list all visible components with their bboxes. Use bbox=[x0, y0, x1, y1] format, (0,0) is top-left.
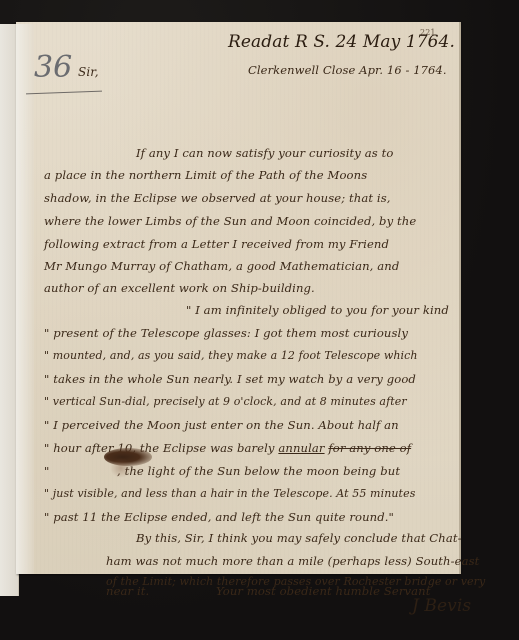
quote-line: " mounted, and, as you said, they make a… bbox=[44, 349, 418, 362]
letter-line: following extract from a Letter I receiv… bbox=[44, 237, 389, 251]
binding-strip bbox=[16, 24, 34, 574]
quote-line: " hour after 10, the Eclipse was barely … bbox=[44, 441, 411, 455]
struck-text: for any one of bbox=[328, 441, 411, 455]
received-note: Readat R S. 24 May 1764. bbox=[228, 32, 455, 52]
signature: J Bevis bbox=[412, 596, 471, 616]
quote-line: " , the light of the Sun below the moon … bbox=[44, 464, 400, 478]
quote-line: " past 11 the Eclipse ended, and left th… bbox=[44, 510, 394, 524]
letter-line: where the lower Limbs of the Sun and Moo… bbox=[44, 214, 416, 228]
letter-line: ham was not much more than a mile (perha… bbox=[106, 554, 479, 568]
page-right-edge bbox=[459, 22, 461, 574]
letter-line: If any I can now satisfy your curiosity … bbox=[136, 146, 393, 160]
quote-line-text: " hour after 10, the Eclipse was barely bbox=[44, 441, 275, 455]
letter-line: author of an excellent work on Ship-buil… bbox=[44, 281, 315, 295]
quote-line: " I perceived the Moon just enter on the… bbox=[44, 418, 399, 432]
quote-mark: " bbox=[44, 464, 49, 478]
quote-line: " takes in the whole Sun nearly. I set m… bbox=[44, 372, 416, 386]
quote-line-text: , the light of the Sun below the moon be… bbox=[117, 464, 400, 478]
salutation: Sir, bbox=[78, 65, 99, 79]
quote-line: " present of the Telescope glasses: I go… bbox=[44, 326, 408, 340]
letter-line: shadow, in the Eclipse we observed at yo… bbox=[44, 191, 391, 205]
ink-stain bbox=[110, 458, 132, 478]
letter-line: near it. bbox=[106, 584, 149, 598]
quote-line: " vertical Sun-dial, precisely at 9 o'cl… bbox=[44, 395, 407, 408]
quote-line: " I am infinitely obliged to you for you… bbox=[186, 303, 449, 317]
closing: Your most obedient humble Servant bbox=[216, 584, 431, 598]
underlined-word: annular bbox=[278, 441, 324, 455]
shelfmark-number: 36 bbox=[34, 50, 72, 85]
letter-line: By this, Sir, I think you may safely con… bbox=[136, 531, 462, 545]
letter-line: a place in the northern Limit of the Pat… bbox=[44, 168, 367, 182]
quote-line: " just visible, and less than a hair in … bbox=[44, 487, 415, 500]
place-date: Clerkenwell Close Apr. 16 - 1764. bbox=[248, 63, 447, 77]
letter-line: Mr Mungo Murray of Chatham, a good Mathe… bbox=[44, 259, 399, 273]
